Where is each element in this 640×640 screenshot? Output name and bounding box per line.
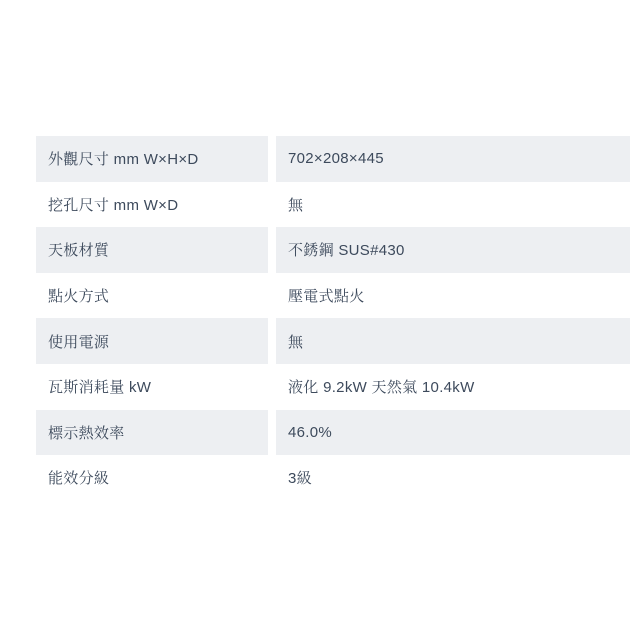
spec-label: 使用電源 — [36, 318, 268, 364]
spec-value: 無 — [276, 182, 630, 228]
spec-label: 標示熱效率 — [36, 410, 268, 456]
spec-table: 外觀尺寸 mm W×H×D 702×208×445 挖孔尺寸 mm W×D 無 … — [36, 136, 630, 501]
column-gutter — [268, 273, 276, 319]
column-gutter — [268, 455, 276, 501]
spec-value: 702×208×445 — [276, 136, 630, 182]
table-row: 天板材質 不銹鋼 SUS#430 — [36, 227, 630, 273]
spec-label: 瓦斯消耗量 kW — [36, 364, 268, 410]
spec-label: 能效分級 — [36, 455, 268, 501]
spec-value: 壓電式點火 — [276, 273, 630, 319]
column-gutter — [268, 227, 276, 273]
spec-value: 液化 9.2kW 天然氣 10.4kW — [276, 364, 630, 410]
product-spec-page: 外觀尺寸 mm W×H×D 702×208×445 挖孔尺寸 mm W×D 無 … — [0, 0, 640, 640]
table-row: 挖孔尺寸 mm W×D 無 — [36, 182, 630, 228]
spec-value: 無 — [276, 318, 630, 364]
column-gutter — [268, 318, 276, 364]
spec-label: 外觀尺寸 mm W×H×D — [36, 136, 268, 182]
column-gutter — [268, 182, 276, 228]
column-gutter — [268, 136, 276, 182]
column-gutter — [268, 410, 276, 456]
spec-label: 點火方式 — [36, 273, 268, 319]
spec-label: 挖孔尺寸 mm W×D — [36, 182, 268, 228]
column-gutter — [268, 364, 276, 410]
table-row: 使用電源 無 — [36, 318, 630, 364]
table-row: 能效分級 3級 — [36, 455, 630, 501]
table-row: 標示熱效率 46.0% — [36, 410, 630, 456]
spec-label: 天板材質 — [36, 227, 268, 273]
table-row: 瓦斯消耗量 kW 液化 9.2kW 天然氣 10.4kW — [36, 364, 630, 410]
table-row: 外觀尺寸 mm W×H×D 702×208×445 — [36, 136, 630, 182]
spec-value: 不銹鋼 SUS#430 — [276, 227, 630, 273]
table-row: 點火方式 壓電式點火 — [36, 273, 630, 319]
spec-value: 3級 — [276, 455, 630, 501]
spec-value: 46.0% — [276, 410, 630, 456]
